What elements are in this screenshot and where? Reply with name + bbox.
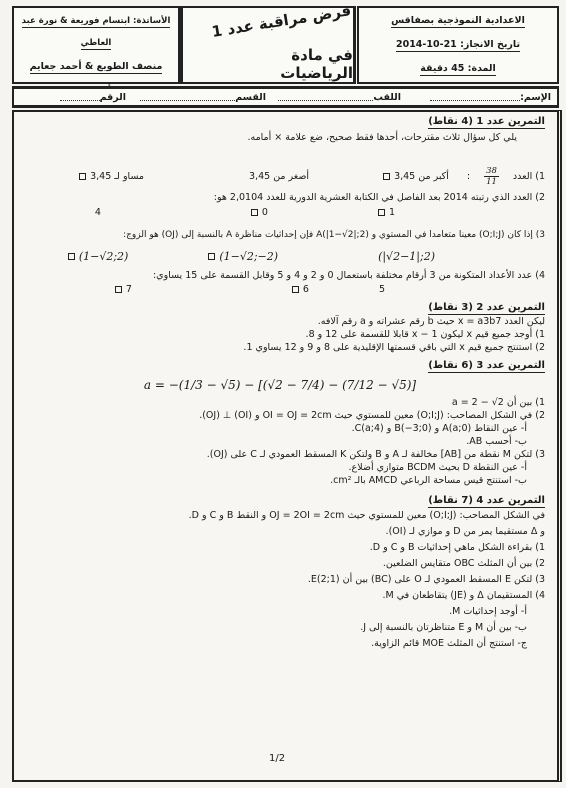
exam-date: تاريخ الانجاز: 21-10-2014 bbox=[396, 39, 520, 52]
class-field[interactable]: القسم bbox=[126, 92, 266, 103]
header-school-box: الاعدادية النموذجية بصفاقس تاريخ الانجاز… bbox=[357, 6, 559, 84]
exercise-2-line: ليكن العدد x = a3b7 حيث b رقم عشراته و a… bbox=[15, 315, 545, 328]
name-label: الإسم: bbox=[520, 92, 551, 103]
checkbox[interactable] bbox=[208, 253, 215, 260]
exam-duration: المدة: 45 دقيقة bbox=[420, 63, 496, 76]
exercise-4-line: 2) بين أن المثلث OBC متقايس الضلعين. bbox=[15, 556, 545, 572]
exam-body: التمرين عدد 1 (4 نقاط) يلي كل سؤال ثلاث … bbox=[12, 110, 562, 782]
surname-label: اللقب bbox=[373, 92, 401, 103]
q2-option-2[interactable]: 0 bbox=[251, 206, 268, 219]
exercise-4-line: 4) المستقيمان Δ و (JE) يتقاطعان في M. bbox=[15, 588, 545, 604]
q1-fraction: 38 11 bbox=[484, 166, 499, 187]
student-info-row: الإسم: اللقب القسم الرقم bbox=[12, 86, 559, 108]
q3-option-3[interactable]: (1−√2;2) bbox=[68, 250, 129, 263]
checkbox[interactable] bbox=[79, 173, 86, 180]
header-title-box: فرض مراقبة عدد 1 في مادة الرياضيات bbox=[180, 6, 356, 84]
q1-option-2[interactable]: أصغر من 3,45 bbox=[238, 170, 309, 183]
header-teachers-box: الأساتذة: ابتسام فوريعة & نورة عبد العاط… bbox=[12, 6, 180, 84]
checkbox[interactable] bbox=[68, 253, 75, 260]
q2-options: 1 0 4 bbox=[15, 206, 545, 219]
q3-option-1[interactable]: (|√2−1|;2) bbox=[378, 250, 435, 263]
name-field[interactable]: الإسم: bbox=[401, 92, 551, 103]
checkbox[interactable] bbox=[115, 286, 122, 293]
exercise-2-line: 1) أوجد جميع قيم x ليكون x − 1 قابلا للق… bbox=[15, 328, 545, 341]
exercise-1-instruction: يلي كل سؤال ثلاث مقترحات، أحدها فقط صحيح… bbox=[15, 131, 545, 144]
exercise-3-line: أ- عين النقاط A(a;0) و B(−3;0) و C(a;4). bbox=[15, 422, 545, 435]
exercise-3-line: أ- عين النقطة D بحيث BCDM متوازي أضلاع. bbox=[15, 461, 545, 474]
exercise-2-title: التمرين عدد 2 (3 نقاط) bbox=[428, 301, 545, 315]
exercise-2-line: 2) استنتج جميع قيم x التي باقي قسمتها ال… bbox=[15, 341, 545, 354]
exercise-4-line: أ- أوجد إحداثيات M. bbox=[15, 604, 545, 620]
exam-subject: في مادة الرياضيات bbox=[233, 46, 353, 82]
exercise-3-formula: a = −(1/3 − √5) − [(√2 − 7/4) − (7/12 − … bbox=[15, 379, 545, 392]
q4-option-1[interactable]: 5 bbox=[379, 283, 385, 296]
exercise-2: التمرين عدد 2 (3 نقاط) ليكن العدد x = a3… bbox=[15, 298, 545, 354]
checkbox[interactable] bbox=[292, 286, 299, 293]
q2-option-3[interactable]: 4 bbox=[95, 206, 101, 219]
q3-options: (|√2−1|;2) (1−√2;−2) (1−√2;2) bbox=[15, 250, 545, 263]
exercise-3: التمرين عدد 3 (6 نقاط) a = −(1/3 − √5) −… bbox=[15, 356, 545, 487]
q1: 1) العدد 38 11 : أكبر من 3,45 أصغر من 3,… bbox=[15, 166, 545, 187]
page-number: 1/2 bbox=[269, 753, 285, 764]
exam-page: الاعدادية النموذجية بصفاقس تاريخ الانجاز… bbox=[0, 0, 566, 788]
exercise-3-line: 2) في الشكل المصاحب: (O;I;J) معين للمستو… bbox=[15, 409, 545, 422]
q3-option-2[interactable]: (1−√2;−2) bbox=[208, 250, 278, 263]
q4-option-3[interactable]: 7 bbox=[115, 283, 132, 296]
number-field[interactable]: الرقم bbox=[26, 92, 126, 103]
exercise-4: التمرين عدد 4 (7 نقاط) في الشكل المصاحب:… bbox=[15, 491, 545, 652]
checkbox[interactable] bbox=[238, 173, 245, 180]
q4-option-2[interactable]: 6 bbox=[292, 283, 309, 296]
exercise-4-line: و Δ مستقيما يمر من D و موازي لـ (OI). bbox=[15, 524, 545, 540]
q2-text: 2) العدد الذي رتبته 2014 بعد الفاصل في ا… bbox=[15, 191, 545, 204]
surname-field[interactable]: اللقب bbox=[266, 92, 401, 103]
exercise-4-line: 3) لتكن E المسقط العمودي لـ O على (BC) ب… bbox=[15, 572, 545, 588]
teachers-line-2: منصف الطويع & أحمد جعايم bbox=[30, 61, 163, 74]
q3-text: 3) إذا كان (O;I;J) معينا متعامدا في المس… bbox=[15, 229, 545, 242]
q2-option-1[interactable]: 1 bbox=[378, 206, 395, 219]
q1-option-1[interactable]: أكبر من 3,45 bbox=[383, 170, 449, 183]
q1-label: 1) العدد bbox=[513, 170, 545, 183]
exam-title: فرض مراقبة عدد 1 bbox=[210, 1, 352, 41]
school-name: الاعدادية النموذجية بصفاقس bbox=[391, 15, 525, 28]
exercise-3-line: ب- أحسب AB. bbox=[15, 435, 545, 448]
exercise-3-line: 3) لتكن M نقطة من [AB] مخالفة لـ A و B و… bbox=[15, 448, 545, 461]
exercise-3-line: ب- استنتج قيس مساحة الرباعي AMCD بالـ cm… bbox=[15, 474, 545, 487]
q4-options: 5 6 7 bbox=[15, 283, 545, 296]
class-label: القسم bbox=[235, 92, 266, 103]
exercise-4-line: ج- استنتج أن المثلث MOE قائم الزاوية. bbox=[15, 636, 545, 652]
exercise-4-title: التمرين عدد 4 (7 نقاط) bbox=[428, 494, 545, 508]
q1-option-3[interactable]: مساو لـ 3,45 bbox=[79, 170, 144, 183]
exam-content: التمرين عدد 1 (4 نقاط) يلي كل سؤال ثلاث … bbox=[15, 112, 545, 652]
exercise-3-line: 1) بين أن a = 2 − √2 bbox=[15, 396, 545, 409]
exercise-3-title: التمرين عدد 3 (6 نقاط) bbox=[428, 359, 545, 373]
exercise-4-line: في الشكل المصاحب: (O;I;J) معين للمستوي ح… bbox=[15, 508, 545, 524]
checkbox[interactable] bbox=[378, 209, 385, 216]
number-label: الرقم bbox=[100, 92, 126, 103]
exercise-1-title: التمرين عدد 1 (4 نقاط) bbox=[428, 115, 545, 129]
teachers-line-1: الأساتذة: ابتسام فوريعة & نورة عبد العاط… bbox=[22, 16, 171, 50]
exercise-4-line: ب- بين أن M و E متناظرتان بالنسبة إلى J. bbox=[15, 620, 545, 636]
checkbox[interactable] bbox=[251, 209, 258, 216]
checkbox[interactable] bbox=[383, 173, 390, 180]
exercise-4-line: 1) بقراءة الشكل ماهي إحداثيات B و C و D. bbox=[15, 540, 545, 556]
exercise-1: التمرين عدد 1 (4 نقاط) يلي كل سؤال ثلاث … bbox=[15, 112, 545, 296]
q4-text: 4) عدد الأعداد المتكونة من 3 أرقام مختلف… bbox=[15, 269, 545, 282]
